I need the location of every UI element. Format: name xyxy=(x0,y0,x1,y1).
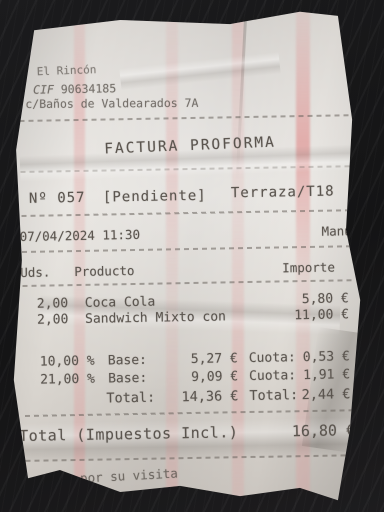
tax-rate: 21,00 % xyxy=(40,372,95,388)
item-name: Sandwich Mixto con xyxy=(85,309,226,326)
tax-rate: 10,00 % xyxy=(40,354,95,370)
dashed-separator xyxy=(22,245,352,253)
tax-total-row: Total: 14,36 € Total: 2,44 € xyxy=(0,0,380,3)
receipt-photo: El Rincón CIF 90634185 c/Baños de Valdea… xyxy=(0,0,384,512)
item-row: 2,00 Sandwich Mixto con 11,00 € xyxy=(0,0,380,3)
tax-row: 10,00 % Base: 5,27 € Cuota: 0,53 € xyxy=(0,0,380,3)
dashed-separator xyxy=(21,209,351,217)
footer-message: Gracias por su visita xyxy=(20,466,179,489)
tax-total-cuota-label: Total: xyxy=(249,387,298,404)
order-number: Nº 057 xyxy=(29,190,86,207)
tax-total-cuota: 2,44 € xyxy=(294,386,350,403)
tax-base-value: 9,09 € xyxy=(158,369,238,385)
tax-cuota-value: 0,53 € xyxy=(294,349,350,365)
dashed-separator xyxy=(20,114,350,122)
item-name: Coca Cola xyxy=(85,295,156,311)
document-title: FACTURA PROFORMA xyxy=(0,130,382,161)
item-qty: 2,00 xyxy=(37,296,69,312)
receipt-paper: El Rincón CIF 90634185 c/Baños de Valdea… xyxy=(0,0,384,512)
grand-total-row: Total (Impuestos Incl.) 16,80 € xyxy=(0,0,380,3)
merchant-address: c/Baños de Valdearados 7A xyxy=(25,96,198,111)
tax-base-label: Base: xyxy=(108,353,147,369)
cif-label: CIF xyxy=(33,82,54,96)
order-table: Terraza/T18 xyxy=(231,184,335,202)
grand-total-amount: 16,80 € xyxy=(275,421,355,440)
col-amount: Importe xyxy=(282,260,335,276)
tax-base-label: Base: xyxy=(108,371,147,387)
col-product: Producto xyxy=(74,263,134,279)
order-status: [Pendiente] xyxy=(103,188,207,206)
date-row: 07/04/2024 11:30 Manu xyxy=(0,0,380,3)
item-amount: 5,80 € xyxy=(269,291,349,307)
server-name: Manu xyxy=(321,223,351,239)
tax-cuota-value: 1,91 € xyxy=(294,367,350,383)
tax-base-value: 5,27 € xyxy=(158,351,238,367)
merchant-cif: CIF 90634185 xyxy=(33,81,116,96)
tax-cuota-label: Cuota: xyxy=(249,350,296,366)
receipt-content: El Rincón CIF 90634185 c/Baños de Valdea… xyxy=(0,0,384,512)
dashed-separator xyxy=(20,165,350,173)
item-amount: 11,00 € xyxy=(269,307,349,323)
tax-cuota-label: Cuota: xyxy=(249,368,296,384)
order-datetime: 07/04/2024 11:30 xyxy=(20,227,141,244)
order-row: Nº 057 [Pendiente] Terraza/T18 xyxy=(0,0,380,3)
item-qty: 2,00 xyxy=(37,312,69,328)
col-qty: Uds. xyxy=(20,264,50,280)
dashed-separator xyxy=(22,279,352,287)
merchant-name: El Rincón xyxy=(37,63,97,78)
tax-row: 21,00 % Base: 9,09 € Cuota: 1,91 € xyxy=(0,0,380,3)
tax-total-base: 14,36 € xyxy=(158,388,238,405)
cif-number: 90634185 xyxy=(61,81,117,96)
dashed-separator xyxy=(25,409,355,417)
tax-total-label: Total: xyxy=(106,390,155,407)
dashed-separator xyxy=(26,454,356,462)
grand-total-label: Total (Impuestos Incl.) xyxy=(19,423,238,445)
columns-header: Uds. Producto Importe xyxy=(0,0,380,3)
item-row: 2,00 Coca Cola 5,80 € xyxy=(0,0,380,3)
